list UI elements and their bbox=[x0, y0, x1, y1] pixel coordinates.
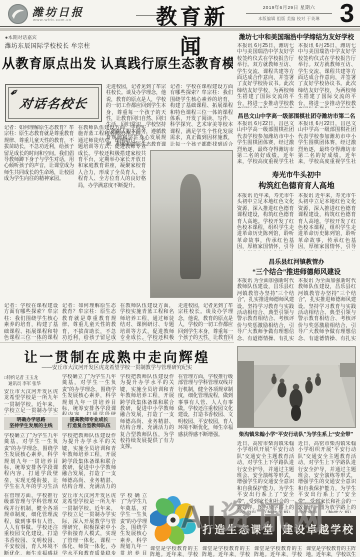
feature-subhead-2: 提高教师专业成长 打造复合型教师队伍 bbox=[62, 417, 116, 430]
header-bottom-band bbox=[0, 28, 360, 31]
lead-tail-col: 记者：学校在课程建设方面有哪些探索？牟宗柱：我们围绕学生核心素养的培育，构建了基… bbox=[4, 303, 58, 341]
right-article-2-headline: 昌邑文山中学高一级部围棋社团夺潍坊市第二名 bbox=[237, 112, 356, 120]
feature-col: 学校确立了“为学生九年奠基，对学生一生负责”的办学理念，围绕学生发展核心素养，科… bbox=[4, 433, 58, 490]
right-article-3-col: 本报讯 近年来，寿光市牛头初中立足本地红色文化资源，深入推进红色德育课程建设，构… bbox=[298, 193, 356, 251]
lead-body-col: 记者：如何理解原生态教育？牟宗柱：原生态教育就是尊重教育规律、尊重儿童天性的教育… bbox=[4, 125, 74, 300]
feature-headline: 让一贯制在成熟中走向辉煌 bbox=[0, 346, 234, 366]
right-article-4-headline-line1: 昌乐县红河镇教管办 bbox=[237, 257, 356, 266]
header-date-rule bbox=[246, 13, 332, 14]
dialogue-column-label: 对话名校长 bbox=[18, 94, 88, 112]
feature-col: 学校确立了“为学生九年奠基，对学生一生负责”的办学理念，围绕学生发展核心素养，科… bbox=[62, 374, 116, 415]
photo-story-caption: 柴沟镇朱翰小学“平安行动队”为学生系上“安全带” bbox=[234, 431, 358, 438]
section-title: 教育新闻 bbox=[146, 1, 238, 61]
right-article-1-headline: 潍坊七中和美国瑞浩中学缔结为友好学校 bbox=[237, 32, 356, 41]
page-number: 3 bbox=[336, 0, 358, 29]
feature-byline-correspondent: 通讯员 李军 张华 bbox=[4, 381, 60, 387]
person-silhouette bbox=[180, 174, 201, 279]
bottom-body-col: 课堂是学校教育的主阵地。近年来，学校以生态课堂建设为抓手，深化课堂教学改革，构建… bbox=[254, 546, 302, 557]
right-article-4-col: 本报讯 为全面加强新时代教师队伍建设，昌乐县红河镇教管办坚持“三个结合”，扎实推… bbox=[298, 278, 356, 341]
feature-col: 安丘市大汶河开发区虎龙希望学校是一所九年一贯制学校。近年来，学校立足一贯制办学实… bbox=[4, 389, 58, 415]
watermark-text: AI资讯网 bbox=[150, 490, 358, 544]
lead-guest-name: 潍坊东辰国际学校校长 牟宗柱 bbox=[5, 41, 155, 50]
lead-headline: 从教育原点出发 认真践行原生态教育模式 bbox=[2, 53, 233, 72]
feature-subhead-1-line2: 坚持学生发展的主线 bbox=[4, 424, 58, 430]
feature-bottom-col: 学校确立了“为学生九年奠基，对学生一生负责”的办学理念，围绕学生发展核心素养，科… bbox=[120, 493, 147, 555]
header-bottom-rule bbox=[0, 26, 360, 27]
right-article-4-headline-line2: “三个结合”推进师德师风建设 bbox=[237, 266, 356, 276]
bottom-body-col: 课堂是学校教育的主阵地。近年来，学校以生态课堂建设为抓手，深化课堂教学改革，构建… bbox=[306, 546, 356, 557]
bottom-body-col: 课堂是学校教育的主阵地。近年来，学校以生态课堂建设为抓手，深化课堂教学改革，构建… bbox=[150, 546, 198, 557]
right-article-2-col: 本报讯 6月22日，昌邑文山中学高一级部围棋社团代表学校参加潍坊市中小学生围棋团… bbox=[237, 121, 294, 165]
feature-bottom-col: 在管理方面，学校推行级部管理与学科管理双线并行机制，健全各项规章制度，细化管理流… bbox=[4, 493, 58, 555]
students-cycling-photo bbox=[237, 346, 356, 428]
header-staff-line: 本版编辑 组版 美编 校对 于英琳 bbox=[246, 16, 332, 22]
right-article-2-col: 本报讯 6月22日，昌邑文山中学高一级部围棋社团代表学校参加潍坊市中小学生围棋团… bbox=[298, 121, 356, 165]
right-article-1-col: 本报讯 6月25日，潍坊七中与美国瑞浩中学友好学校签约仪式在学校报告厅举行。双方… bbox=[237, 43, 294, 108]
right-article-1-col: 本报讯 6月25日，潍坊七中与美国瑞浩中学友好学校签约仪式在学校报告厅举行。双方… bbox=[298, 43, 356, 108]
right-article-3-headline-line1: 寿光市牛头初中 bbox=[237, 170, 356, 180]
bottom-body-col: 课堂是学校教育的主阵地。近年来，学校以生态课堂建设为抓手，深化课堂教学改革，构建… bbox=[202, 546, 250, 557]
feature-subhead-1: 明确办学思路 坚持学生发展的主线 bbox=[4, 417, 58, 430]
right-article-3-col: 本报讯 近年来，寿光市牛头初中立足本地红色文化资源，深入推进红色德育课程建设，构… bbox=[237, 193, 294, 251]
newspaper-page: 潍坊日报 www.wfrb.com.cn 教育新闻 2019年6月29日 星期六… bbox=[0, 0, 360, 557]
masthead-url: www.wfrb.com.cn bbox=[33, 17, 123, 22]
lead-tail-col: 在教师队伍建设方面，学校实施青蓝工程和名师培养工程，通过师徒结对、课例研讨、专题… bbox=[120, 303, 174, 341]
lead-tail-col: 走进校园，记者见到了牟宗柱校长。谈及办学理念，他说，教育的原点是人，学校的一切工… bbox=[178, 303, 233, 341]
feature-col: 在管理方面，学校推行级部管理与学科管理双线并行机制，健全各项规章制度，细化管理流… bbox=[178, 374, 233, 490]
lead-body-col: 记者：学校在课程建设方面有哪些探索？牟宗柱：我们围绕学生核心素养的培育，构建了基… bbox=[170, 84, 233, 146]
principal-photo bbox=[150, 150, 233, 298]
feature-subhead-2-line2: 打造复合型教师队伍 bbox=[62, 424, 116, 430]
header-date: 2019年6月29日 星期六 bbox=[246, 5, 332, 11]
lead-body-col: 在教师队伍建设方面，学校实施青蓝工程和名师培养工程，通过师徒结对、课例研讨、专题… bbox=[78, 125, 146, 300]
right-article-3-headline-line2: 构筑红色德育育人高地 bbox=[237, 180, 356, 191]
masthead-emblem-icon bbox=[8, 4, 28, 24]
feature-separator bbox=[0, 342, 234, 343]
feature-col: 学校把教师队伍建设作为提升办学水平的关键，实施全员培训和青年教师培养工程，开展跨… bbox=[120, 374, 174, 490]
feature-subtitle: ——安丘市大汶河开发区虎龙希望学校一贯制教学与管理研究纪实 bbox=[0, 364, 234, 371]
dialogue-column-box: ✒ 对话名校长 bbox=[5, 84, 102, 122]
right-article-4-col: 本报讯 为全面加强新时代教师队伍建设，昌乐县红河镇教管办坚持“三个结合”，扎实推… bbox=[237, 278, 294, 341]
lead-tail-col: 记者：如何理解原生态教育？牟宗柱：原生态教育就是尊重教育规律、尊重儿童天性的教育… bbox=[62, 303, 116, 341]
lead-guest-tag: ●本期对话嘉宾 bbox=[5, 34, 115, 41]
feature-col: 学校把教师队伍建设作为提升办学水平的关键，实施全员培训和青年教师培养工程，开展跨… bbox=[62, 433, 116, 490]
feature-bottom-col: 安丘市大汶河开发区虎龙希望学校是一所九年一贯制学校。近年来，学校立足一贯制办学实… bbox=[62, 493, 116, 555]
